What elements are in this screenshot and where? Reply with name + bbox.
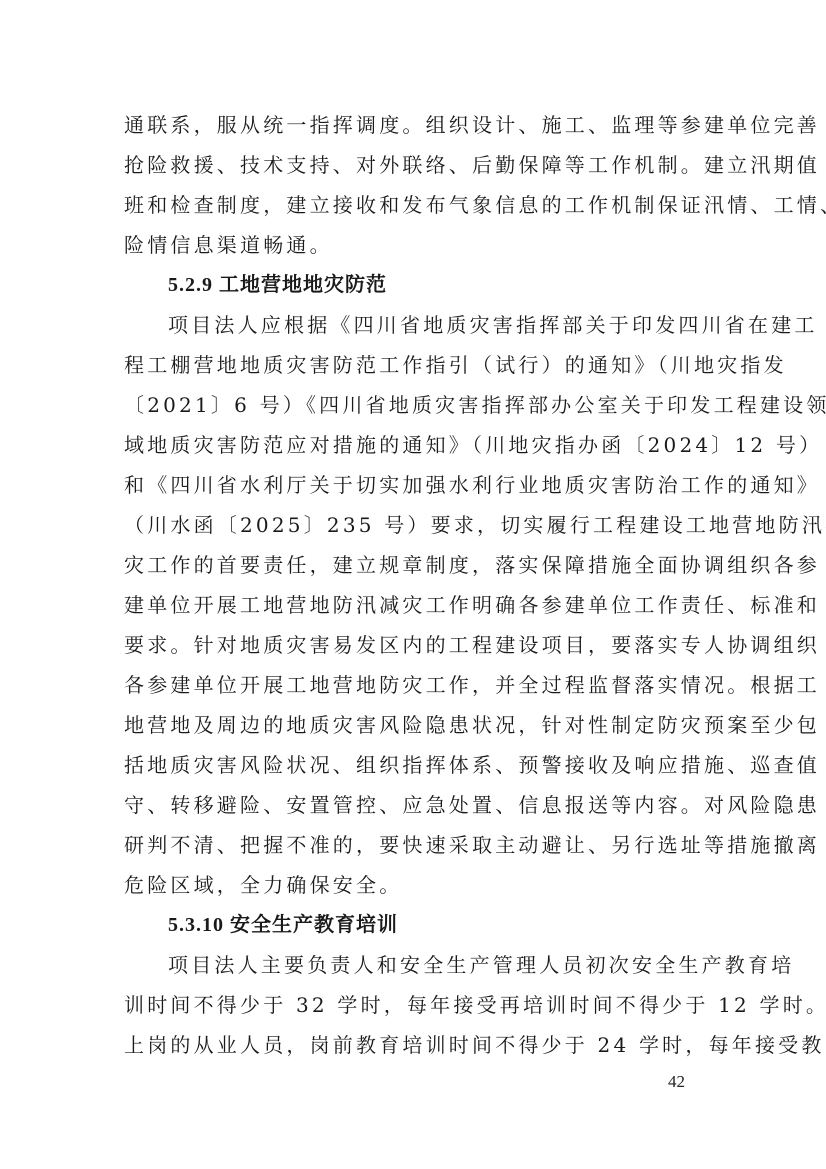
section-body-5-2-9: 项目法人应根据《四川省地质灾害指挥部关于印发四川省在建工 程工棚营地地质灾害防范… [124,305,706,905]
text-line: 通联系，服从统一指挥调度。组织设计、施工、监理等参建单位完善 [124,105,706,145]
page-number: 42 [668,1072,685,1092]
document-page: 通联系，服从统一指挥调度。组织设计、施工、监理等参建单位完善 抢险救援、技术支持… [124,105,706,1065]
text-line: 项目法人应根据《四川省地质灾害指挥部关于印发四川省在建工 [124,305,706,345]
section-body-5-3-10: 项目法人主要负责人和安全生产管理人员初次安全生产教育培 训时间不得少于 32 学… [124,945,706,1065]
text-line: 项目法人主要负责人和安全生产管理人员初次安全生产教育培 [124,945,706,985]
text-line: 守、转移避险、安置管控、应急处置、信息报送等内容。对风险隐患 [124,785,706,825]
text-line: 险情信息渠道畅通。 [124,225,706,265]
text-line: 训时间不得少于 32 学时，每年接受再培训时间不得少于 12 学时。新 [124,985,706,1025]
continuation-paragraph: 通联系，服从统一指挥调度。组织设计、施工、监理等参建单位完善 抢险救援、技术支持… [124,105,706,265]
text-line: 危险区域，全力确保安全。 [124,865,706,905]
text-line: 班和检查制度，建立接收和发布气象信息的工作机制保证汛情、工情、 [124,185,706,225]
text-line: 程工棚营地地质灾害防范工作指引（试行）的通知》（川地灾指发 [124,345,706,385]
text-line: 建单位开展工地营地防汛减灾工作明确各参建单位工作责任、标准和 [124,585,706,625]
text-line: 和《四川省水利厅关于切实加强水利行业地质灾害防治工作的通知》 [124,465,706,505]
text-line: 地营地及周边的地质灾害风险隐患状况，针对性制定防灾预案至少包 [124,705,706,745]
section-heading-5-2-9: 5.2.9 工地营地地灾防范 [124,265,706,305]
text-line: 灾工作的首要责任，建立规章制度，落实保障措施全面协调组织各参 [124,545,706,585]
text-line: 要求。针对地质灾害易发区内的工程建设项目，要落实专人协调组织 [124,625,706,665]
text-line: 〔2021〕6 号）《四川省地质灾害指挥部办公室关于印发工程建设领 [124,385,706,425]
text-line: （川水函〔2025〕235 号）要求，切实履行工程建设工地营地防汛减 [124,505,706,545]
text-line: 括地质灾害风险状况、组织指挥体系、预警接收及响应措施、巡查值 [124,745,706,785]
text-line: 抢险救援、技术支持、对外联络、后勤保障等工作机制。建立汛期值 [124,145,706,185]
text-line: 上岗的从业人员，岗前教育培训时间不得少于 24 学时，每年接受教 [124,1025,706,1065]
text-line: 各参建单位开展工地营地防灾工作，并全过程监督落实情况。根据工 [124,665,706,705]
text-line: 域地质灾害防范应对措施的通知》（川地灾指办函〔2024〕12 号） [124,425,706,465]
section-heading-5-3-10: 5.3.10 安全生产教育培训 [124,905,706,945]
text-line: 研判不清、把握不准的，要快速采取主动避让、另行选址等措施撤离 [124,825,706,865]
